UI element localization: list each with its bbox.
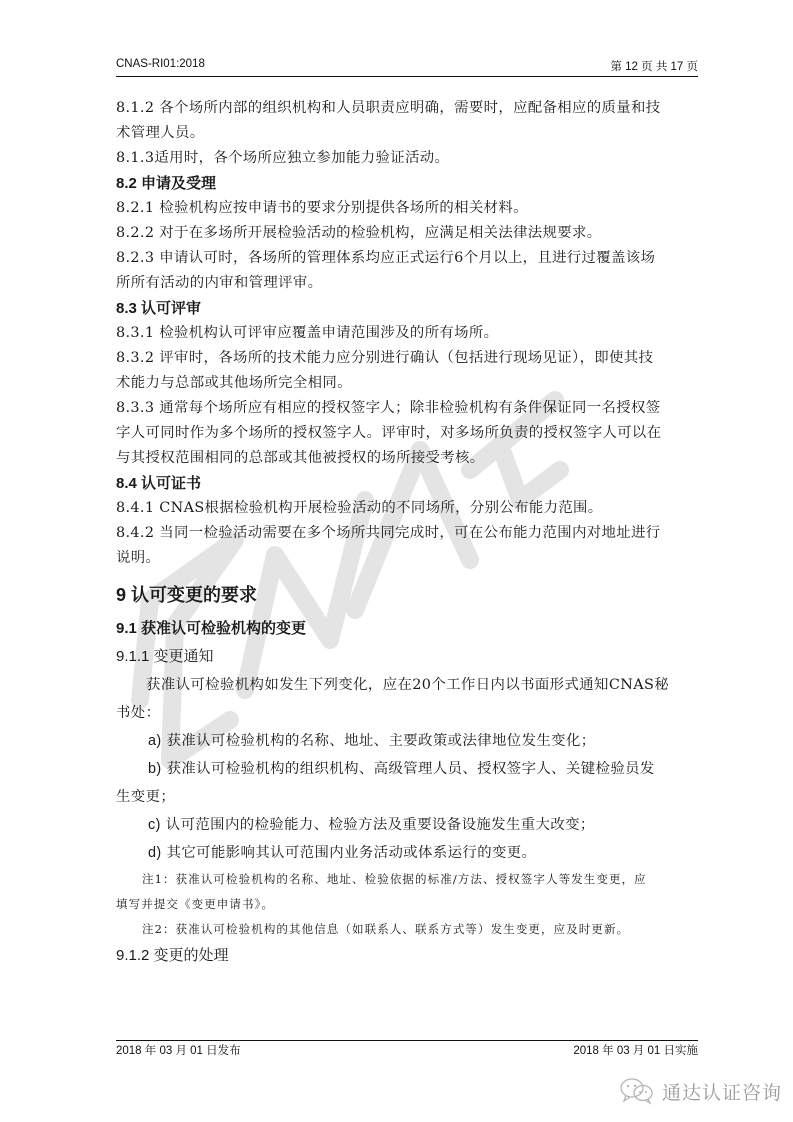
clause-8-3-2-cont: 术能力与总部或其他场所完全相同。 bbox=[116, 371, 698, 396]
subsection-heading-9-1-1: 9.1.1 变更通知 bbox=[116, 643, 698, 671]
document-code: CNAS-RI01:2018 bbox=[116, 58, 205, 70]
list-item-label: a) bbox=[148, 733, 162, 749]
clause-8-3-1: 8.3.1 检验机构认可评审应覆盖申请范围涉及的所有场所。 bbox=[116, 321, 698, 346]
footer-divider bbox=[116, 1040, 698, 1041]
clause-8-1-2-cont: 术管理人员。 bbox=[116, 121, 698, 146]
clause-8-2-2: 8.2.2 对于在多场所开展检验活动的检验机构，应满足相关法律法规要求。 bbox=[116, 221, 698, 246]
clause-8-3-3: 8.3.3 通常每个场所应有相应的授权签字人；除非检验机构有条件保证同一名授权签 bbox=[116, 396, 698, 421]
clause-8-2-3-cont: 所所有活动的内审和管理评审。 bbox=[116, 271, 698, 296]
list-item-b-cont: 生变更； bbox=[116, 783, 698, 811]
clause-8-4-1: 8.4.1 CNAS根据检验机构开展检验活动的不同场所，分别公布能力范围。 bbox=[116, 496, 698, 521]
subsection-heading-9-1-2: 9.1.2 变更的处理 bbox=[116, 942, 698, 970]
clause-8-2-1: 8.2.1 检验机构应按申请书的要求分别提供各场所的相关材料。 bbox=[116, 196, 698, 221]
page-footer: 2018 年 03 月 01 日发布 2018 年 03 月 01 日实施 bbox=[116, 1042, 698, 1060]
chapter-heading-9: 9 认可变更的要求 bbox=[116, 571, 698, 615]
clause-8-1-3: 8.1.3适用时，各个场所应独立参加能力验证活动。 bbox=[116, 146, 698, 171]
clause-8-3-3-cont: 字人可同时作为多个场所的授权签字人。评审时，对多场所负责的授权签字人可以在 bbox=[116, 421, 698, 446]
page-number: 第 12 页 共 17 页 bbox=[610, 58, 698, 74]
list-item-c: c) 认可范围内的检验能力、检验方法及重要设备设施发生重大改变； bbox=[116, 811, 698, 839]
section-heading-8-2: 8.2 申请及受理 bbox=[116, 171, 698, 196]
effective-date: 2018 年 03 月 01 日实施 bbox=[573, 1042, 698, 1058]
clause-8-3-2: 8.3.2 评审时，各场所的技术能力应分别进行确认（包括进行现场见证），即使其技 bbox=[116, 346, 698, 371]
note-1: 注1：获准认可检验机构的名称、地址、检验依据的标准/方法、授权签字人等发生变更，… bbox=[116, 867, 698, 892]
brand-watermark: 通达认证咨询 bbox=[618, 1074, 782, 1108]
paragraph-9-1-1: 获准认可检验机构如发生下列变化，应在20个工作日内以书面形式通知CNAS秘 bbox=[116, 671, 698, 699]
section-heading-9-1: 9.1 获准认可检验机构的变更 bbox=[116, 615, 698, 643]
list-item-label: c) bbox=[148, 817, 161, 833]
clause-8-2-3: 8.2.3 申请认可时，各场所的管理体系均应正式运行6个月以上，且进行过覆盖该场 bbox=[116, 246, 698, 271]
issue-date: 2018 年 03 月 01 日发布 bbox=[116, 1042, 241, 1058]
list-item-b: b) 获准认可检验机构的组织机构、高级管理人员、授权签字人、关键检验员发 bbox=[116, 755, 698, 783]
list-item-text: 其它可能影响其认可范围内业务活动或体系运行的变更。 bbox=[167, 845, 537, 861]
note-1-cont: 填写并提交《变更申请书》。 bbox=[116, 892, 698, 917]
list-item-text: 获准认可检验机构的名称、地址、主要政策或法律地位发生变化； bbox=[167, 733, 596, 749]
list-item-d: d) 其它可能影响其认可范围内业务活动或体系运行的变更。 bbox=[116, 839, 698, 867]
wechat-icon bbox=[618, 1076, 656, 1106]
clause-8-4-2: 8.4.2 当同一检验活动需要在多个场所共同完成时，可在公布能力范围内对地址进行 bbox=[116, 521, 698, 546]
brand-name: 通达认证咨询 bbox=[662, 1078, 782, 1105]
document-body: 8.1.2 各个场所内部的组织机构和人员职责应明确，需要时，应配备相应的质量和技… bbox=[116, 96, 698, 970]
paragraph-9-1-1-cont: 书处： bbox=[116, 699, 698, 727]
section-heading-8-4: 8.4 认可证书 bbox=[116, 471, 698, 496]
section-heading-8-3: 8.3 认可评审 bbox=[116, 296, 698, 321]
clause-8-4-2-cont: 说明。 bbox=[116, 546, 698, 571]
list-item-a: a) 获准认可检验机构的名称、地址、主要政策或法律地位发生变化； bbox=[116, 727, 698, 755]
clause-8-1-2: 8.1.2 各个场所内部的组织机构和人员职责应明确，需要时，应配备相应的质量和技 bbox=[116, 96, 698, 121]
list-item-text: 认可范围内的检验能力、检验方法及重要设备设施发生重大改变； bbox=[166, 817, 595, 833]
list-item-text: 获准认可检验机构的组织机构、高级管理人员、授权签字人、关键检验员发 bbox=[167, 761, 655, 777]
note-2: 注2：获准认可检验机构的其他信息（如联系人、联系方式等）发生变更，应及时更新。 bbox=[116, 917, 698, 942]
page-header: CNAS-RI01:2018 第 12 页 共 17 页 bbox=[116, 58, 698, 76]
header-divider bbox=[116, 76, 698, 77]
clause-8-3-3-cont2: 与其授权范围相同的总部或其他被授权的场所接受考核。 bbox=[116, 446, 698, 471]
list-item-label: d) bbox=[148, 845, 162, 861]
list-item-label: b) bbox=[148, 761, 162, 777]
